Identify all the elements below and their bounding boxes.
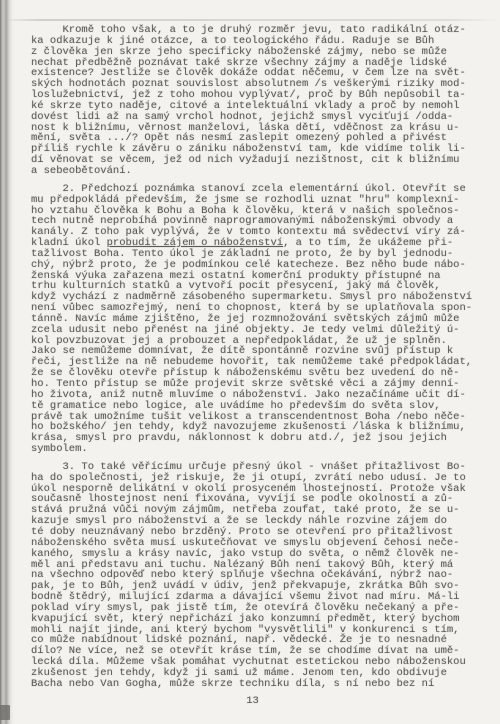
text-line: Bacha nebo Van Gogha, může skrze technik… xyxy=(31,679,483,690)
scanned-page: Kromě toho však, a to je druhý rozměr je… xyxy=(0,0,500,724)
text-line: tě gramatice nebo logice, ale uvádíme ho… xyxy=(31,401,483,412)
text-line: krása, smysl pro pravdu, náklonnost k do… xyxy=(31,433,483,444)
text-line: dovést lidi až na samý vrchol hodnot, je… xyxy=(31,112,483,123)
text-line: symbolem. xyxy=(31,444,483,455)
scan-artifact-line xyxy=(0,19,500,21)
text-line: chý, nýbrž proto, že je podmínkou celé k… xyxy=(31,260,483,271)
page-text: Kromě toho však, a to je druhý rozměr je… xyxy=(31,25,483,690)
paragraph-3: 3. To také věřícímu určuje přesný úkol -… xyxy=(31,462,483,690)
text-line: a sebeobětování. xyxy=(31,166,483,177)
text-line: mu předpokládá především, že jsme se roz… xyxy=(31,195,483,206)
text-line: zcela udusit nebo přenést na jiné objekt… xyxy=(31,325,483,336)
text-line: kaného, smyslu a krásy navíc, jako vstup… xyxy=(31,549,483,560)
text-line: kvapující svět, který nepřichází jako ko… xyxy=(31,614,483,625)
text-line: z člověka jen skrze jeho specificky nábo… xyxy=(31,47,483,58)
scan-corner-mark xyxy=(0,705,10,720)
page-number: 13 xyxy=(31,695,474,707)
paragraph-1: Kromě toho však, a to je druhý rozměr je… xyxy=(31,25,483,177)
scan-edge-shadow xyxy=(0,0,16,724)
text-line: ha do společnosti, jež riskuje, že ji ot… xyxy=(31,473,483,484)
paragraph-2: 2. Předchozí poznámka stanoví zcela elem… xyxy=(31,184,483,455)
